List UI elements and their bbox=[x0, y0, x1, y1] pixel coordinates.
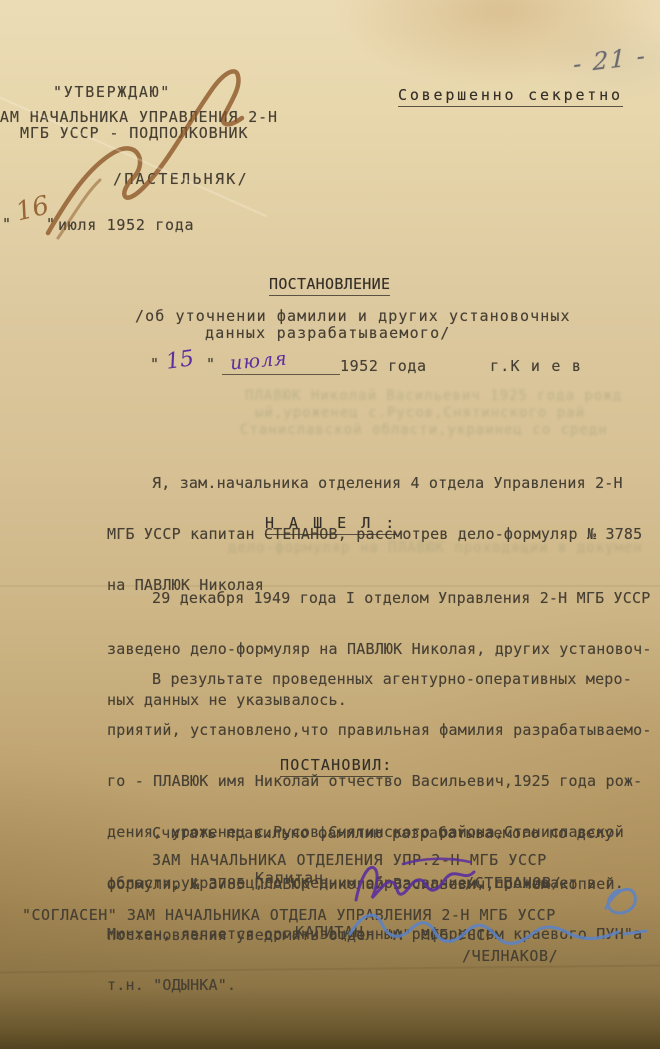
paragraph-line: Я, зам.начальника отделения 4 отдела Упр… bbox=[107, 475, 642, 492]
signer1-rank: Капитан bbox=[255, 870, 324, 887]
bleed-through-text: ый,уроженец с.Русов,Снятинского рай bbox=[255, 405, 585, 421]
bleed-through-text: Станиславской области,украинец со средн bbox=[240, 422, 608, 438]
handwritten-page-number: - 21 - bbox=[573, 41, 647, 78]
date-underline bbox=[222, 374, 340, 375]
date-quote-open: " bbox=[150, 356, 159, 373]
paragraph-line: т.н. "ОДЫНКА". bbox=[107, 977, 652, 994]
paragraph-line: Считать правильно фамилию разрабатываемо… bbox=[107, 825, 623, 842]
paragraph-line: приятий, установлено,что правильная фами… bbox=[107, 722, 652, 739]
date-year: 1952 года bbox=[340, 358, 427, 375]
subtitle-line1: /об уточнении фамилии и других установоч… bbox=[135, 308, 571, 325]
document-title: ПОСТАНОВЛЕНИЕ bbox=[269, 276, 390, 293]
scanned-document-page: { "page": { "page_number": "- 21 -", "se… bbox=[0, 0, 660, 1049]
secrecy-stamp-text: Совершенно секретно bbox=[398, 86, 623, 107]
postanovil-heading: ПОСТАНОВИЛ: bbox=[280, 757, 393, 774]
bleed-through-text: ПЛАВЮК Николай Васильевич 1925 года рожд bbox=[245, 388, 622, 404]
signature-chelnakov-blue bbox=[338, 882, 650, 960]
subtitle-line2: данных разрабатываемого/ bbox=[205, 325, 451, 342]
document-title-text: ПОСТАНОВЛЕНИЕ bbox=[269, 275, 390, 296]
approval-date-quote-open: " bbox=[2, 216, 11, 233]
handwritten-autograph-brown bbox=[28, 48, 268, 248]
nashel-heading: Н А Ш Е Л : bbox=[265, 515, 397, 532]
secrecy-stamp: Совершенно секретно bbox=[398, 87, 623, 104]
paragraph-line: В результате проведенных агентурно-опера… bbox=[107, 671, 652, 688]
nashel-heading-text: Н А Ш Е Л : bbox=[265, 514, 397, 535]
handwritten-day-15: 15 bbox=[164, 346, 195, 375]
date-quote-close: " bbox=[206, 356, 215, 373]
postanovil-heading-text: ПОСТАНОВИЛ: bbox=[280, 756, 393, 777]
date-city: г.К и е в bbox=[490, 358, 582, 375]
handwritten-month: июля bbox=[229, 348, 288, 375]
paragraph-line: 29 декабря 1949 года I отделом Управлени… bbox=[107, 590, 652, 607]
